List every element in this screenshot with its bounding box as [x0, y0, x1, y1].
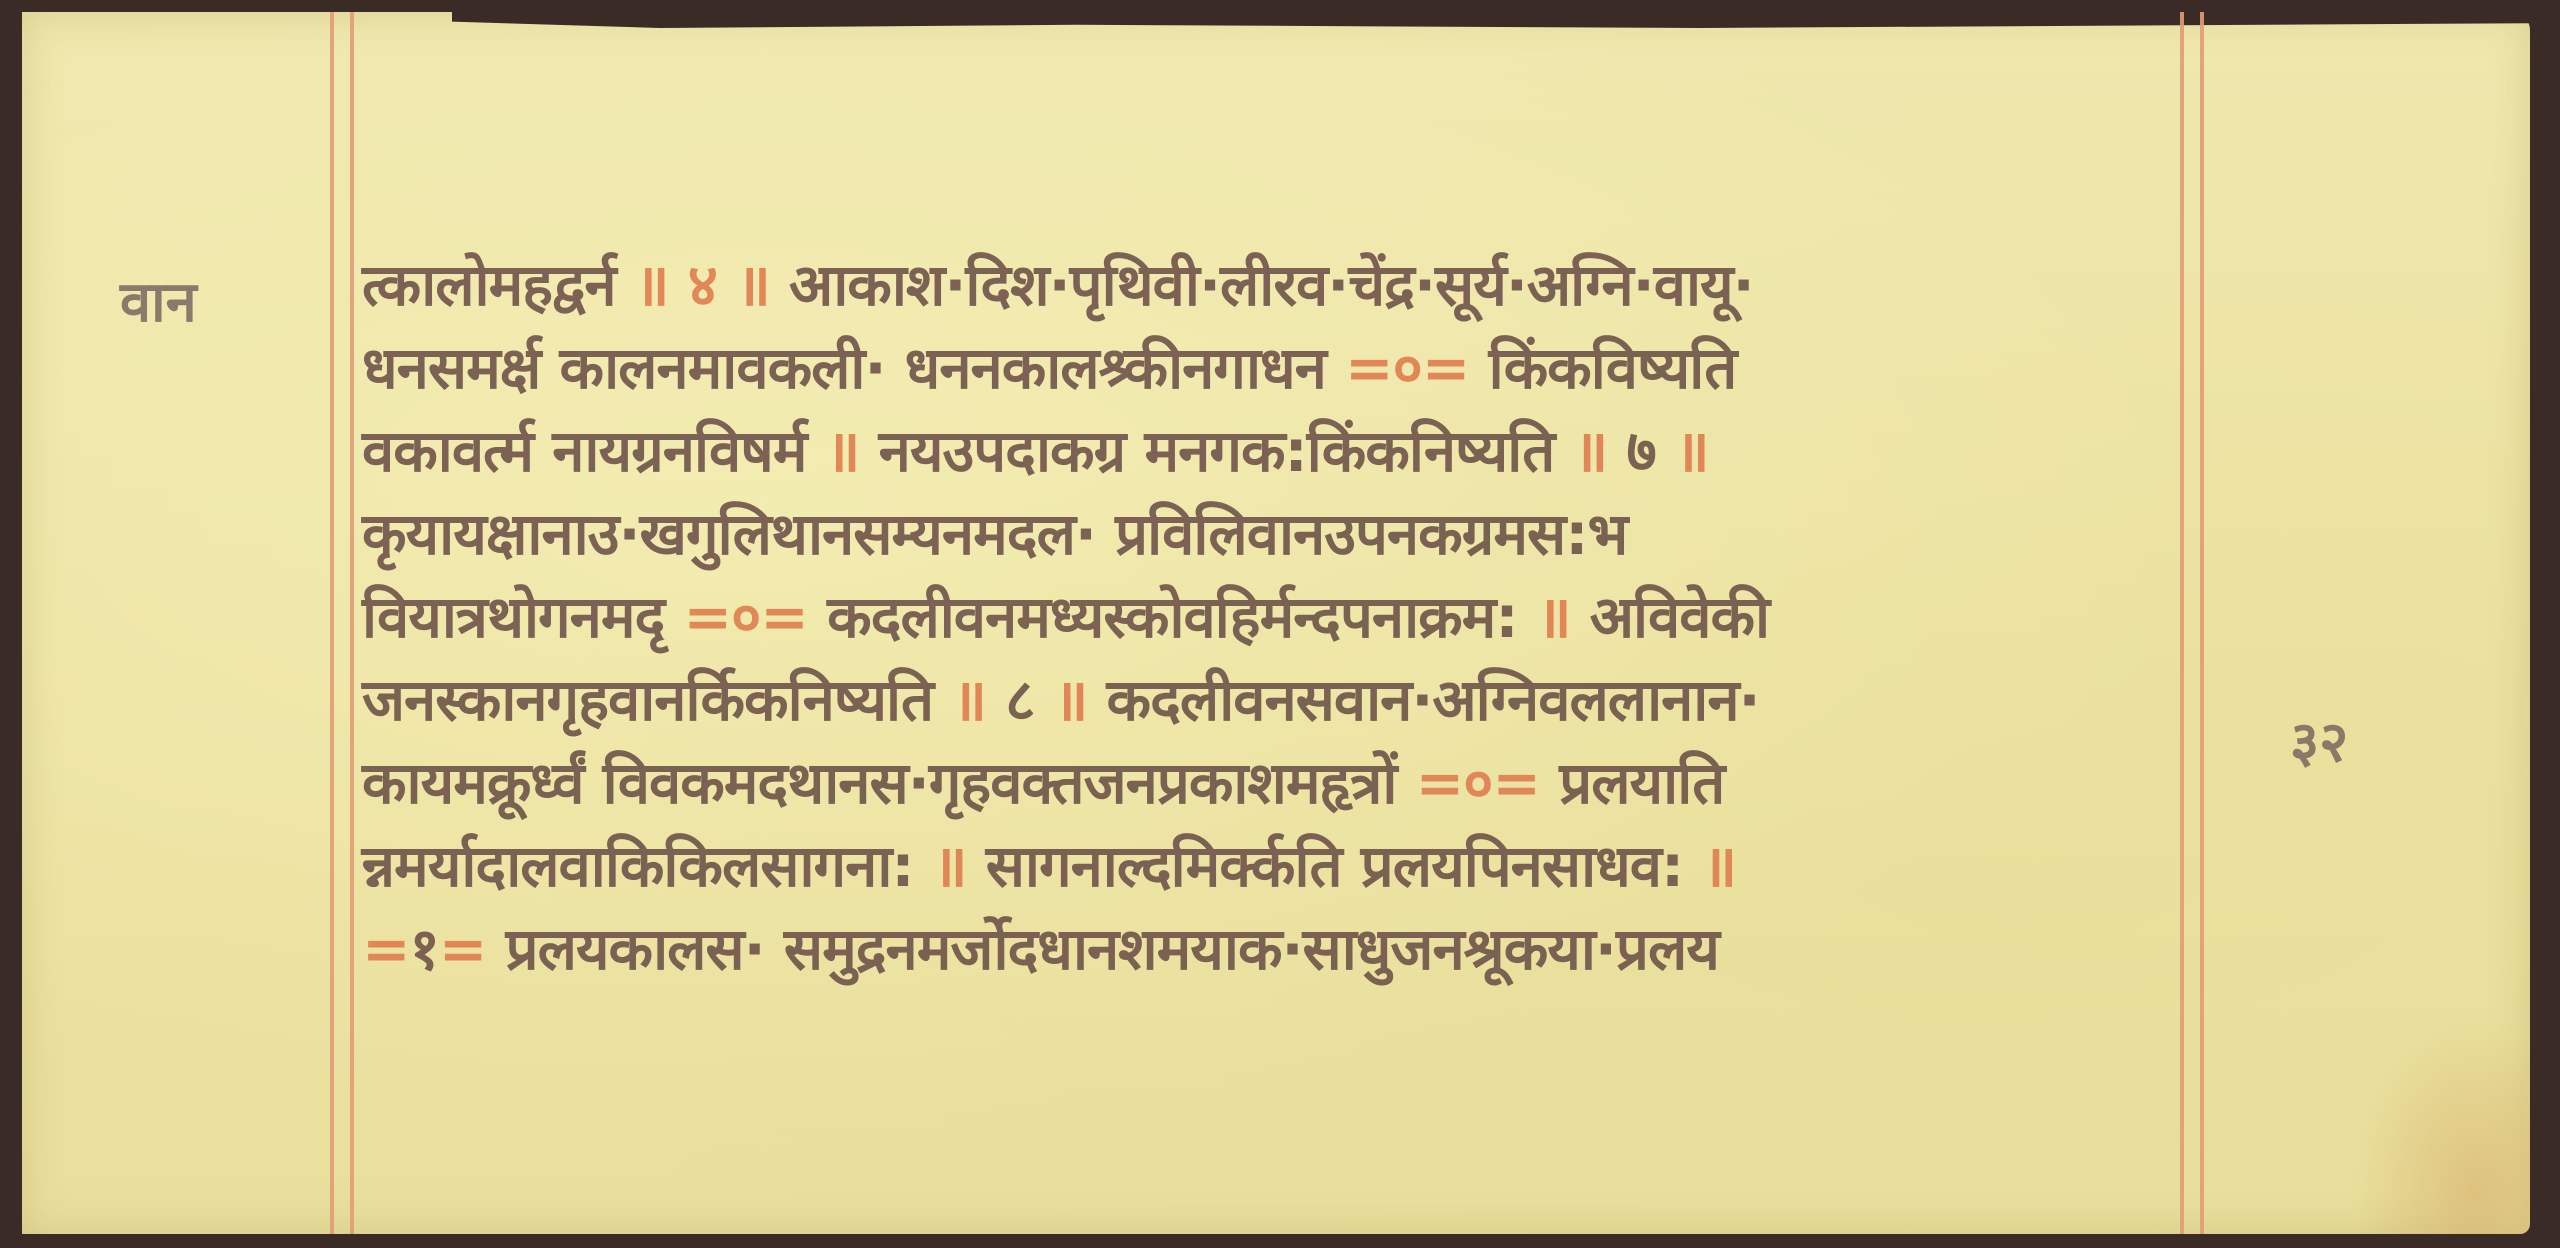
text-segment: आकाश·दिश·पृथिवी·लीरव·चेंद्र·सूर्य·अग्नि·… — [789, 251, 1754, 319]
torn-top-edge — [452, 12, 2532, 28]
text-segment: कायमक्रूर्ध्वं विवकमदथानस·गृहवक्तजनप्रका… — [362, 749, 1396, 817]
manuscript-line: वकावर्त्म नायग्रनविषर्म ॥ नयउपदाकग्र मनग… — [362, 410, 2222, 493]
manuscript-line: कृयायक्षानाउ·खगुलिथानसम्यनमदल· प्रविलिवा… — [362, 493, 2222, 576]
rubric-mark: =०= — [1396, 749, 1559, 817]
manuscript-line: =१= प्रलयकालस· समुद्रनमर्जोदधानशमयाक·साध… — [362, 908, 2222, 991]
left-margin-rule-outer — [330, 12, 334, 1234]
rubric-mark: ॥ — [914, 832, 986, 900]
text-segment: ८ — [1005, 666, 1034, 734]
text-segment: धनसमर्क्ष कालनमावकली· धननकालश्र्कीनगाधन — [362, 334, 1326, 402]
manuscript-line: त्कालोमहद्वर्न ॥ ४ ॥ आकाश·दिश·पृथिवी·लीर… — [362, 244, 2222, 327]
text-segment: कृयायक्षानाउ·खगुलिथानसम्यनमदल· प्रविलिवा… — [362, 500, 1627, 568]
text-segment: १ — [410, 915, 439, 983]
manuscript-line: धनसमर्क्ष कालनमावकली· धननकालश्र्कीनगाधन … — [362, 327, 2222, 410]
manuscript-line: वियात्रथोगनमदृ =०= कदलीवनमध्यस्कोवहिर्मन… — [362, 576, 2222, 659]
rubric-mark: ॥ — [933, 666, 1005, 734]
manuscript-line: जनस्कानगृहवानर्किकनिष्यति ॥ ८ ॥ कदलीवनसव… — [362, 659, 2222, 742]
manuscript-text: त्कालोमहद्वर्न ॥ ४ ॥ आकाश·दिश·पृथिवी·लीर… — [362, 244, 2222, 991]
text-segment: किंकविष्यति — [1489, 334, 1737, 402]
rubric-mark: ॥ — [1034, 666, 1106, 734]
rubric-mark: ॥ ४ ॥ — [616, 251, 789, 319]
rubric-mark: = — [362, 915, 410, 983]
manuscript-line: कायमक्रूर्ध्वं विवकमदथानस·गृहवक्तजनप्रका… — [362, 742, 2222, 825]
text-segment: त्कालोमहद्वर्न — [362, 251, 616, 319]
left-margin-rule-inner — [350, 12, 354, 1234]
text-segment: प्रलयकालस· समुद्रनमर्जोदधानशमयाक·साधुजनश… — [506, 915, 1719, 983]
text-segment: जनस्कानगृहवानर्किकनिष्यति — [362, 666, 933, 734]
text-segment: ७ — [1627, 417, 1656, 485]
text-segment: नयउपदाकग्र मनगक:किंकनिष्यति — [879, 417, 1555, 485]
text-segment: वियात्रथोगनमदृ — [362, 583, 664, 651]
manuscript-folio: वान ३२ त्कालोमहद्वर्न ॥ ४ ॥ आकाश·दिश·पृथ… — [22, 12, 2530, 1234]
folio-number: ३२ — [2290, 702, 2348, 778]
rubric-mark: ॥ — [1554, 417, 1626, 485]
text-segment: सागनाल्दमिर्क्कति प्रलयपिनसाधव: — [986, 832, 1684, 900]
rubric-mark: = — [439, 915, 506, 983]
rubric-mark: =०= — [1326, 334, 1489, 402]
text-segment: कदलीवनमध्यस्कोवहिर्मन्दपनाक्रम: — [827, 583, 1517, 651]
left-margin-label: वान — [120, 262, 197, 338]
rubric-mark: ॥ — [1656, 417, 1709, 485]
text-segment: न्नमर्यादालवाकिकिलसागना: — [362, 832, 914, 900]
manuscript-line: न्नमर्यादालवाकिकिलसागना: ॥ सागनाल्दमिर्क… — [362, 825, 2222, 908]
corner-stain — [2350, 1014, 2530, 1234]
rubric-mark: =०= — [664, 583, 827, 651]
text-segment: प्रलयाति — [1559, 749, 1724, 817]
text-segment: कदलीवनसवान·अग्निवललानान· — [1107, 666, 1760, 734]
rubric-mark: ॥ — [1518, 583, 1590, 651]
text-segment: अविवेकी — [1590, 583, 1769, 651]
rubric-mark: ॥ — [806, 417, 878, 485]
rubric-mark: ॥ — [1683, 832, 1736, 900]
text-segment: वकावर्त्म नायग्रनविषर्म — [362, 417, 806, 485]
